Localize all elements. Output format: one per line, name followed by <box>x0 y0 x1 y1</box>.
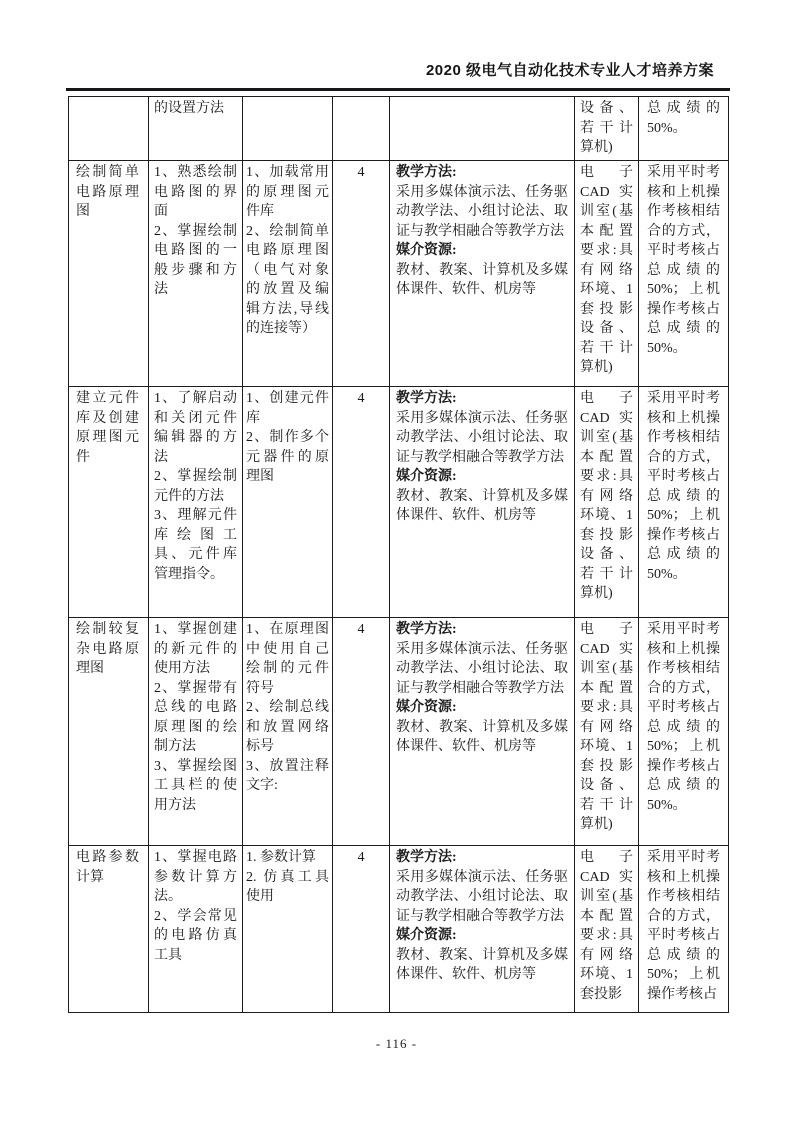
hours-text: 4 <box>334 389 388 409</box>
teaching-method-text: 采用多媒体演示法、任务驱动教学法、小组讨论法、取证与教学相融合等教学方法 <box>396 640 568 699</box>
teaching-method-label: 教学方法: <box>396 163 568 183</box>
hours-text: 4 <box>334 620 388 640</box>
cell-hours: 4 <box>333 618 390 846</box>
cell-skill-goals: 1、加载常用的原理图元件库 2、绘制简单电路原理图（电气对象的放置及编辑方法,导… <box>243 161 333 387</box>
facility-text: 电子 CAD 实训室(基本配置要求:具有网络环境、1 套投影设备、若干计算机) <box>580 620 633 835</box>
teaching-method-label: 教学方法: <box>396 620 568 640</box>
cell-hours: 4 <box>333 846 390 1013</box>
cell-task: 建立元件库及创建原理图元件 <box>69 387 149 618</box>
page-footer: - 116 - <box>0 1036 793 1052</box>
cell-assessment: 采用平时考核和上机操作考核相结合的方式，平时考核占总成绩的50%；上机操作考核占 <box>639 846 729 1013</box>
facility-text: 电子 CAD 实训室(基本配置要求:具有网络环境、1 套投影 <box>580 848 633 1004</box>
cell-facility: 电子 CAD 实训室(基本配置要求:具有网络环境、1 套投影 <box>575 846 639 1013</box>
teaching-method-label: 教学方法: <box>396 848 568 868</box>
assessment-text: 采用平时考核和上机操作考核相结合的方式，平时考核占总成绩的50%；上机操作考核占… <box>647 389 720 584</box>
cell-teaching: 教学方法: 采用多媒体演示法、任务驱动教学法、小组讨论法、取证与教学相融合等教学… <box>390 387 575 618</box>
document-page: 2020 级电气自动化技术专业人才培养方案 的设置方法 <box>0 0 793 1122</box>
teaching-method-label: 教学方法: <box>396 389 568 409</box>
cell-knowledge-goals: 1、了解启动和关闭元件编辑器的方法 2、掌握绘制元件的方法 3、理解元件库绘图工… <box>149 387 243 618</box>
cell-hours: 4 <box>333 387 390 618</box>
assessment-text: 总成绩的50%。 <box>647 99 720 138</box>
cell-assessment: 采用平时考核和上机操作考核相结合的方式，平时考核占总成绩的50%；上机操作考核占… <box>639 387 729 618</box>
task-text: 电路参数计算 <box>76 848 139 887</box>
media-resource-label: 媒介资源: <box>396 926 568 946</box>
media-resource-text: 教材、教案、计算机及多媒体课件、软件、机房等 <box>396 487 568 526</box>
knowledge-goals-text: 1、掌握电路参数计算方法。 2、学会常见的电路仿真工具 <box>154 848 237 965</box>
table-row-draw-complex-schematic: 绘制较复杂电路原理图 1、掌握创建的新元件的使用方法 2、掌握带有总线的电路原理… <box>69 618 729 846</box>
teaching-method-text: 采用多媒体演示法、任务驱动教学法、小组讨论法、取证与教学相融合等教学方法 <box>396 868 568 927</box>
cell-facility: 电子 CAD 实训室(基本配置要求:具有网络环境、1 套投影设备、若干计算机) <box>575 618 639 846</box>
teaching-method-text: 采用多媒体演示法、任务驱动教学法、小组讨论法、取证与教学相融合等教学方法 <box>396 183 568 242</box>
cell-task: 电路参数计算 <box>69 846 149 1013</box>
hours-text: 4 <box>334 163 388 183</box>
cell-assessment: 总成绩的50%。 <box>639 97 729 161</box>
cell-task <box>69 97 149 161</box>
cell-hours <box>333 97 390 161</box>
cell-knowledge-goals: 1、掌握电路参数计算方法。 2、学会常见的电路仿真工具 <box>149 846 243 1013</box>
task-text: 建立元件库及创建原理图元件 <box>76 389 139 467</box>
facility-text: 设备、若干计算机) <box>580 99 633 158</box>
cell-knowledge-goals: 1、熟悉绘制电路图的界面 2、掌握绘制电路图的一般步骤和方法 <box>149 161 243 387</box>
cell-facility: 设备、若干计算机) <box>575 97 639 161</box>
media-resource-text: 教材、教案、计算机及多媒体课件、软件、机房等 <box>396 718 568 757</box>
table-row-circuit-parameter-calculation: 电路参数计算 1、掌握电路参数计算方法。 2、学会常见的电路仿真工具 1. 参数… <box>69 846 729 1013</box>
cell-assessment: 采用平时考核和上机操作考核相结合的方式，平时考核占总成绩的50%；上机操作考核占… <box>639 161 729 387</box>
cell-assessment: 采用平时考核和上机操作考核相结合的方式，平时考核占总成绩的50%；上机操作考核占… <box>639 618 729 846</box>
page-number: - 116 - <box>376 1036 417 1051</box>
media-resource-text: 教材、教案、计算机及多媒体课件、软件、机房等 <box>396 261 568 300</box>
cell-facility: 电子 CAD 实训室(基本配置要求:具有网络环境、1 套投影设备、若干计算机) <box>575 161 639 387</box>
cell-skill-goals: 1、在原理图中使用自己绘制的元件符号 2、绘制总线和放置网络标号 3、放置注释文… <box>243 618 333 846</box>
media-resource-label: 媒介资源: <box>396 467 568 487</box>
cell-facility: 电子 CAD 实训室(基本配置要求:具有网络环境、1 套投影设备、若干计算机) <box>575 387 639 618</box>
skill-goals-text: 1、在原理图中使用自己绘制的元件符号 2、绘制总线和放置网络标号 3、放置注释文… <box>246 620 329 796</box>
knowledge-goals-text: 1、了解启动和关闭元件编辑器的方法 2、掌握绘制元件的方法 3、理解元件库绘图工… <box>154 389 237 584</box>
cell-knowledge-goals: 的设置方法 <box>149 97 243 161</box>
assessment-text: 采用平时考核和上机操作考核相结合的方式，平时考核占总成绩的50%；上机操作考核占 <box>647 848 720 1004</box>
skill-goals-text: 1. 参数计算 2. 仿真工具使用 <box>246 848 329 907</box>
media-resource-label: 媒介资源: <box>396 698 568 718</box>
cell-knowledge-goals: 1、掌握创建的新元件的使用方法 2、掌握带有总线的电路原理图的绘制方法 3、掌握… <box>149 618 243 846</box>
cell-skill-goals: 1. 参数计算 2. 仿真工具使用 <box>243 846 333 1013</box>
knowledge-goals-text: 的设置方法 <box>154 99 237 119</box>
table-row-build-component-library: 建立元件库及创建原理图元件 1、了解启动和关闭元件编辑器的方法 2、掌握绘制元件… <box>69 387 729 618</box>
assessment-text: 采用平时考核和上机操作考核相结合的方式，平时考核占总成绩的50%；上机操作考核占… <box>647 163 720 358</box>
cell-task: 绘制简单电路原理图 <box>69 161 149 387</box>
knowledge-goals-text: 1、掌握创建的新元件的使用方法 2、掌握带有总线的电路原理图的绘制方法 3、掌握… <box>154 620 237 815</box>
cell-teaching: 教学方法: 采用多媒体演示法、任务驱动教学法、小组讨论法、取证与教学相融合等教学… <box>390 618 575 846</box>
cell-skill-goals: 1、创建元件库 2、制作多个元器件的原理图 <box>243 387 333 618</box>
cell-teaching <box>390 97 575 161</box>
facility-text: 电子 CAD 实训室(基本配置要求:具有网络环境、1 套投影设备、若干计算机) <box>580 389 633 604</box>
cell-teaching: 教学方法: 采用多媒体演示法、任务驱动教学法、小组讨论法、取证与教学相融合等教学… <box>390 846 575 1013</box>
table-row-continuation: 的设置方法 设备、若干计算机) 总成绩的50%。 <box>69 97 729 161</box>
assessment-text: 采用平时考核和上机操作考核相结合的方式，平时考核占总成绩的50%；上机操作考核占… <box>647 620 720 815</box>
header-title: 2020 级电气自动化技术专业人才培养方案 <box>68 61 714 81</box>
facility-text: 电子 CAD 实训室(基本配置要求:具有网络环境、1 套投影设备、若干计算机) <box>580 163 633 378</box>
task-text: 绘制较复杂电路原理图 <box>76 620 139 679</box>
skill-goals-text: 1、加载常用的原理图元件库 2、绘制简单电路原理图（电气对象的放置及编辑方法,导… <box>246 163 329 339</box>
header-double-rule <box>66 88 730 91</box>
cell-skill-goals <box>243 97 333 161</box>
skill-goals-text: 1、创建元件库 2、制作多个元器件的原理图 <box>246 389 329 487</box>
media-resource-text: 教材、教案、计算机及多媒体课件、软件、机房等 <box>396 946 568 985</box>
task-text: 绘制简单电路原理图 <box>76 163 139 222</box>
hours-text: 4 <box>334 848 388 868</box>
knowledge-goals-text: 1、熟悉绘制电路图的界面 2、掌握绘制电路图的一般步骤和方法 <box>154 163 237 300</box>
cell-hours: 4 <box>333 161 390 387</box>
cell-task: 绘制较复杂电路原理图 <box>69 618 149 846</box>
cell-teaching: 教学方法: 采用多媒体演示法、任务驱动教学法、小组讨论法、取证与教学相融合等教学… <box>390 161 575 387</box>
course-content-table: 的设置方法 设备、若干计算机) 总成绩的50%。 绘制简单电路原理图 <box>68 96 729 1013</box>
media-resource-label: 媒介资源: <box>396 241 568 261</box>
table-row-draw-simple-schematic: 绘制简单电路原理图 1、熟悉绘制电路图的界面 2、掌握绘制电路图的一般步骤和方法… <box>69 161 729 387</box>
teaching-method-text: 采用多媒体演示法、任务驱动教学法、小组讨论法、取证与教学相融合等教学方法 <box>396 409 568 468</box>
